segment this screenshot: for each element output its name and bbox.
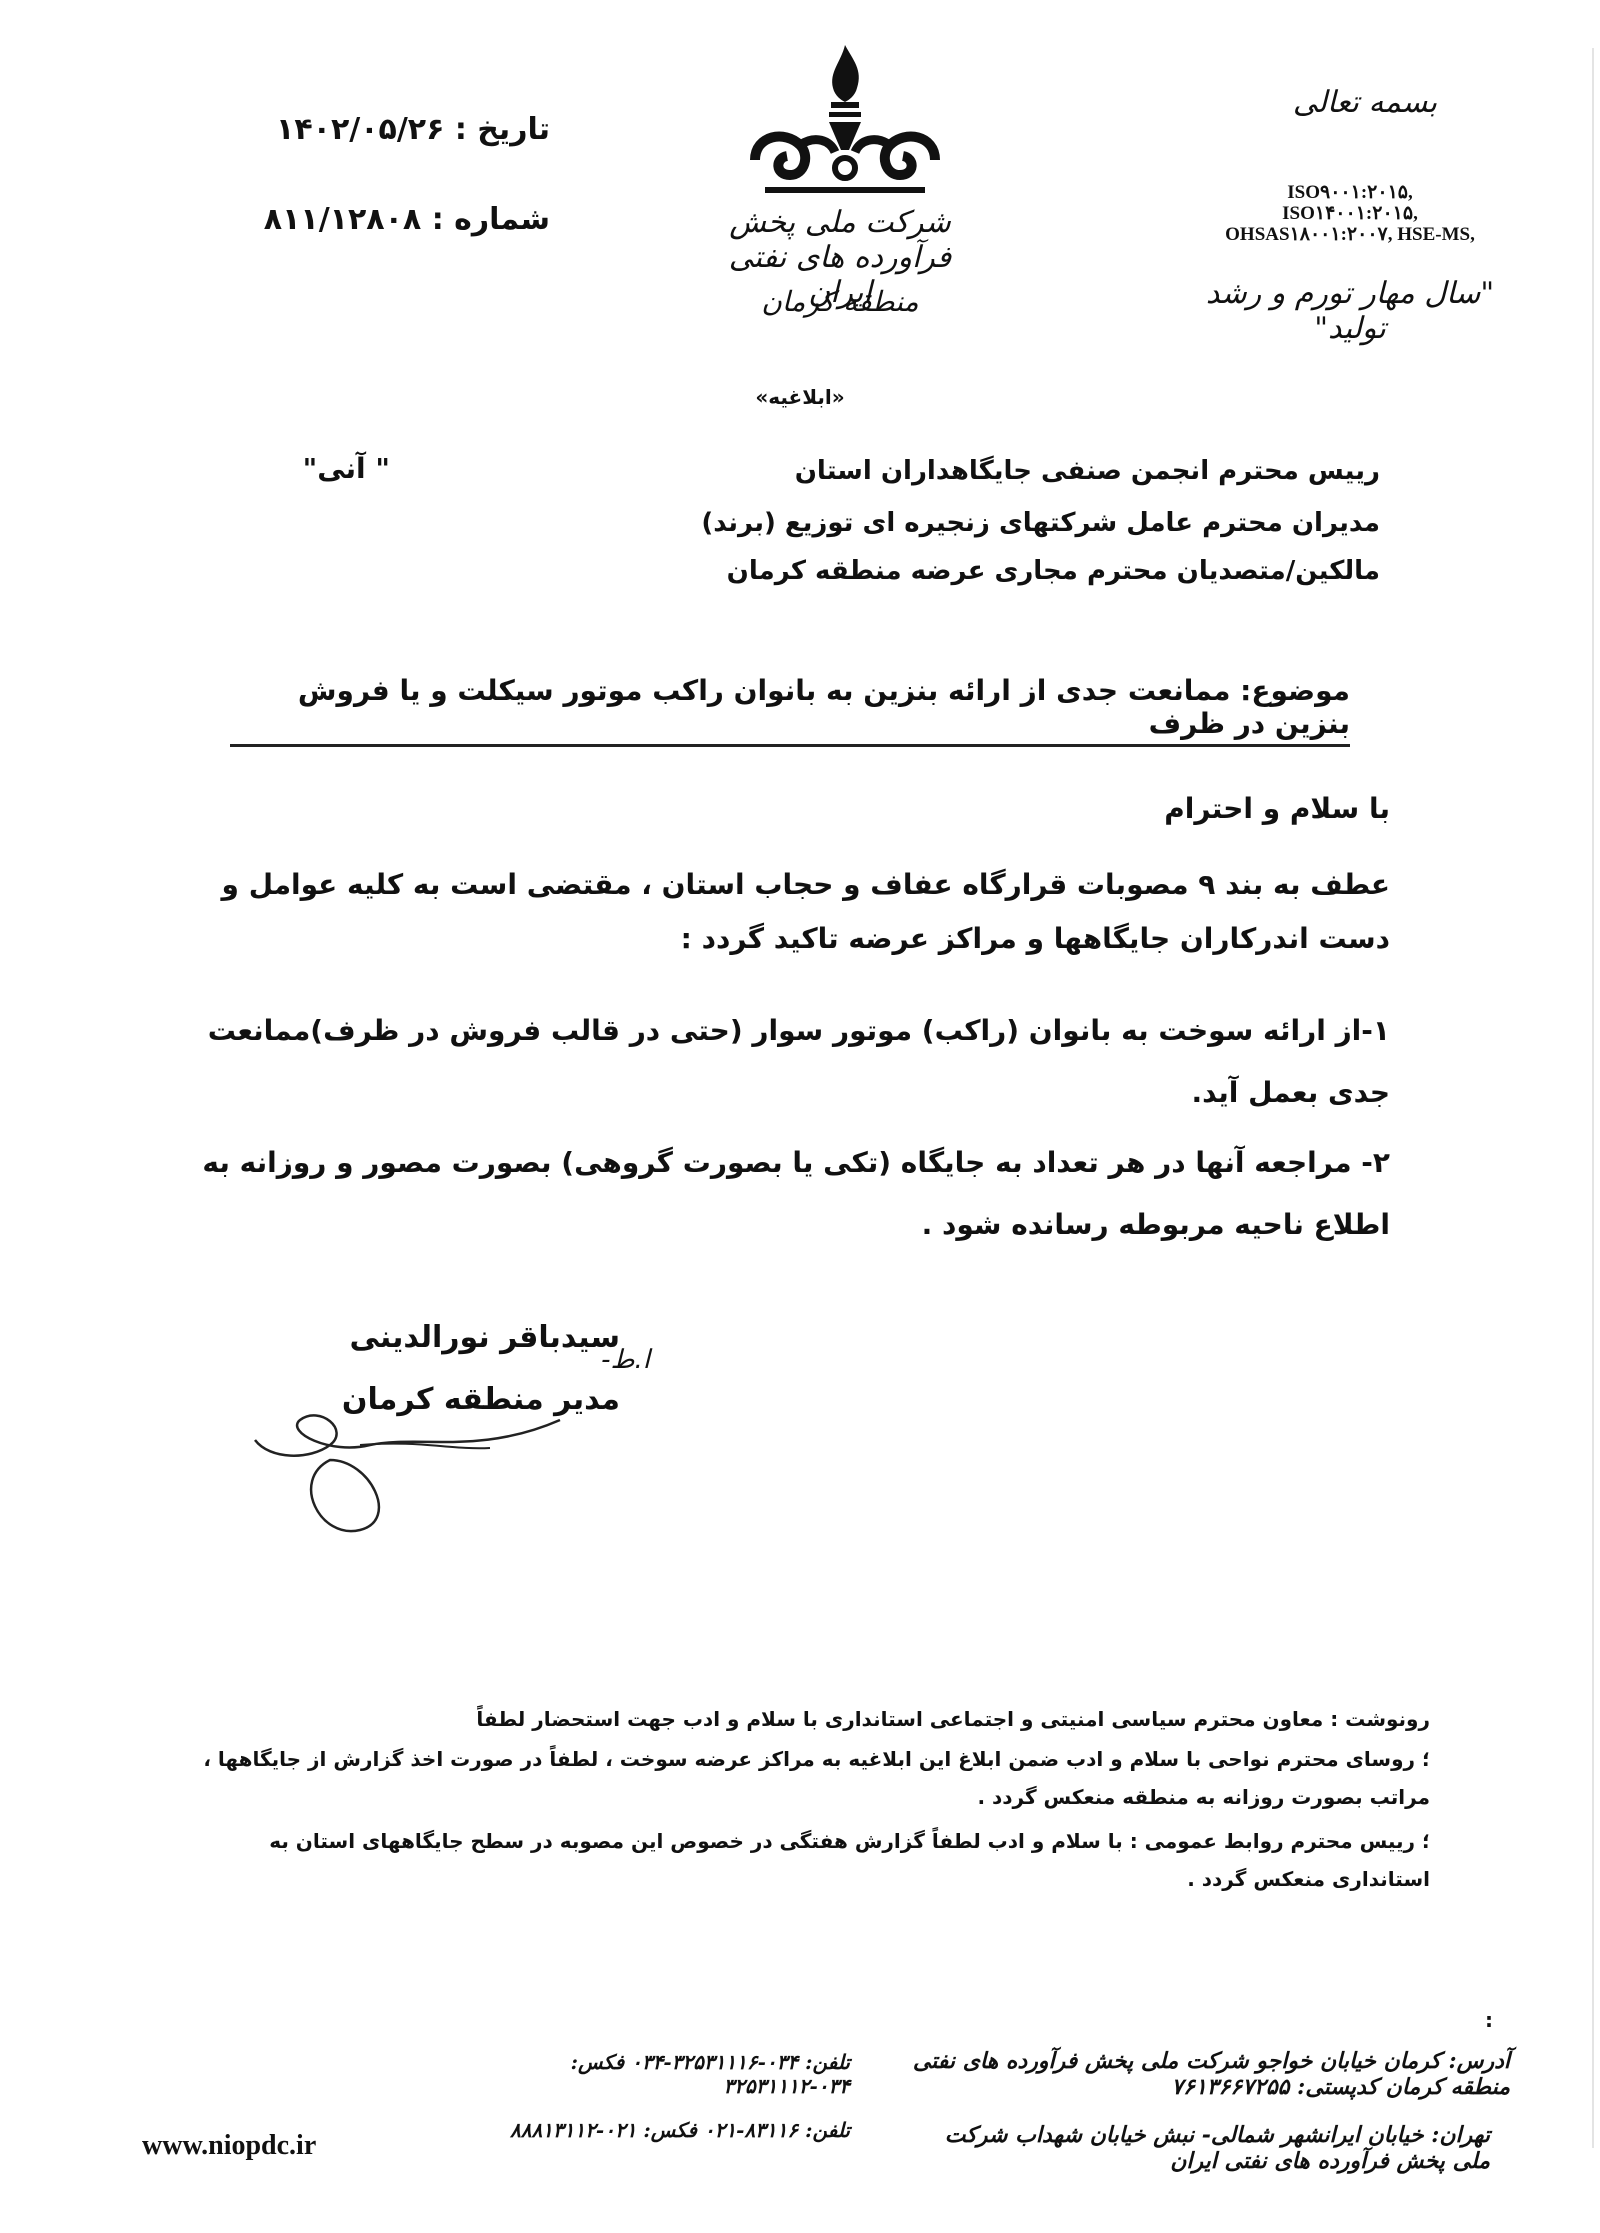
address-kerman: آدرس: کرمان خیابان خواجو شرکت ملی پخش فر… [900,2048,1510,2100]
letter-type: «ابلاغیه» [700,385,900,409]
iso-line: ISO۹۰۰۱:۲۰۱۵, [1190,182,1510,203]
cc-line: ؛ رییس محترم روابط عمومی : با سلام و ادب… [170,1822,1430,1898]
bismillah: بسمه تعالی [1290,85,1440,120]
addressee: مالکین/متصدیان محترم مجاری عرضه منطقه کر… [700,556,1380,586]
directive-item: ۲- مراجعه آنها در هر تعداد به جایگاه (تک… [200,1132,1390,1256]
phone-fax-tehran: تلفن: ۸۳۱۱۶-۰۲۱ فکس: ۰۲۱-۸۸۸۱۳۱۱۲ [500,2118,850,2142]
page-edge [1592,48,1594,2148]
intro-paragraph: عطف به بند ۹ مصوبات قرارگاه عفاف و حجاب … [200,858,1390,966]
iso-line: OHSAS۱۸۰۰۱:۲۰۰۷, HSE-MS, [1190,224,1510,245]
letter-subject: موضوع: ممانعت جدی از ارائه بنزین به بانو… [230,674,1350,747]
addressee: رییس محترم انجمن صنفی جایگاهداران استان [700,456,1380,486]
letter-date: تاریخ : ۱۴۰۲/۰۵/۲۶ [250,112,550,147]
website-link[interactable]: www.niopdc.ir [142,2130,382,2162]
address-tehran: تهران: خیابان ایرانشهر شمالی- نبش خیابان… [920,2122,1490,2174]
cc-line: رونوشت : معاون محترم سیاسی امنیتی و اجتم… [170,1700,1430,1738]
urgency-label: " آنی" [270,452,390,485]
signer-initials: ا.ط- [540,1345,650,1375]
letter-number: شماره : ۸۱۱/۱۲۸۰۸ [260,202,550,237]
addressee: مدیران محترم عامل شرکتهای زنجیره ای توزی… [700,508,1380,538]
greeting: با سلام و احترام [200,792,1390,825]
directive-item: ۱-از ارائه سوخت به بانوان (راکب) موتور س… [200,1000,1390,1124]
year-slogan: "سال مهار تورم و رشد تولید" [1190,276,1510,346]
phone-fax-kerman: تلفن: ۰۳۴-۳۲۵۳۱۱۱۶-۰۳۴ فکس: ۰۳۴-۳۲۵۳۱۱۱۲ [470,2050,850,2098]
region-name: منطقه کرمان [760,285,920,318]
handwritten-signature-icon [250,1400,580,1550]
iso-certifications: ISO۹۰۰۱:۲۰۱۵, ISO۱۴۰۰۱:۲۰۱۵, OHSAS۱۸۰۰۱:… [1190,182,1510,245]
iso-line: ISO۱۴۰۰۱:۲۰۱۵, [1190,203,1510,224]
footer-dots: : [1485,2008,1493,2032]
niopdc-logo-icon [745,40,945,210]
cc-line: ؛ روسای محترم نواحی با سلام و ادب ضمن اب… [170,1740,1430,1816]
